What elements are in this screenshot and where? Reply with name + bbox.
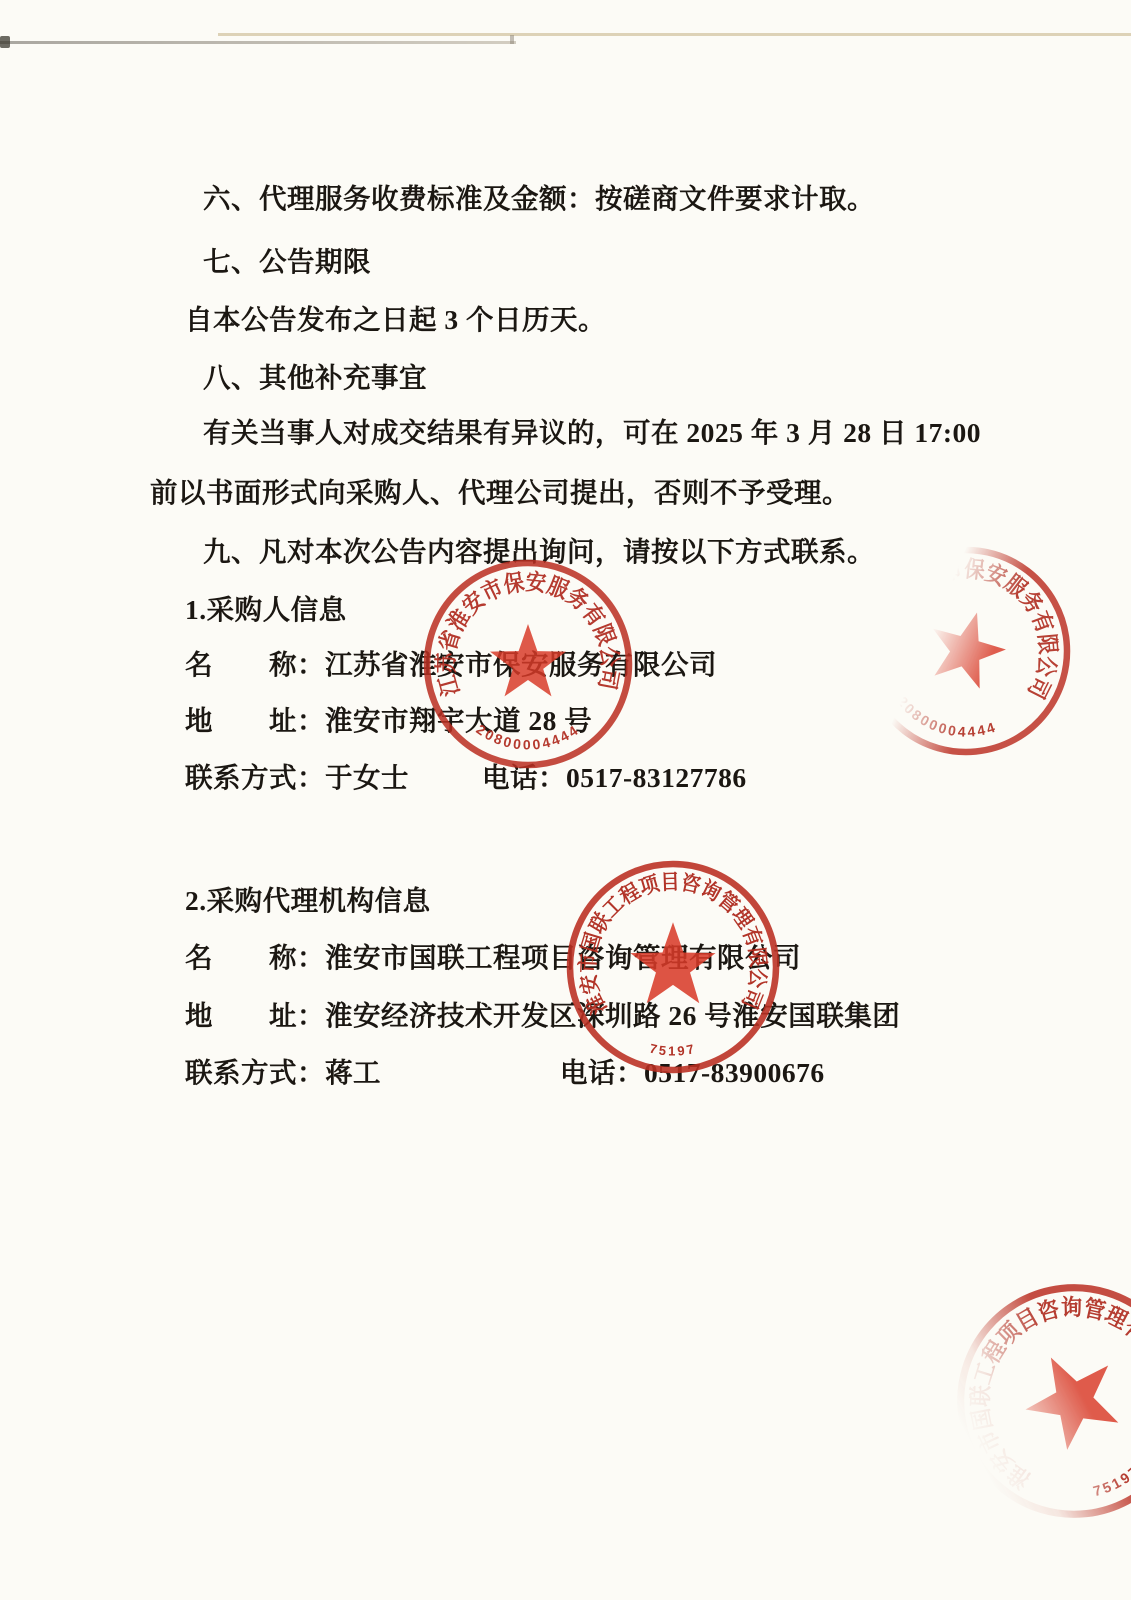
scan-artifact-line xyxy=(218,33,1131,36)
section-7-heading: 七、公告期限 xyxy=(203,245,371,278)
objection-text-1: 有关当事人对成交结果有异议的，可在 2025 年 3 月 28 日 17:00 xyxy=(203,416,981,449)
section-9-heading: 九、凡对本次公告内容提出询问，请按以下方式联系。 xyxy=(203,535,875,568)
section-8-heading: 八、其他补充事宜 xyxy=(203,361,427,394)
agency-address: 地 址：淮安经济技术开发区深圳路 26 号淮安国联集团 xyxy=(185,999,900,1032)
scan-artifact-mark xyxy=(510,35,514,44)
buyer-address: 地 址：淮安市翔宇大道 28 号 xyxy=(185,704,592,737)
objection-text-2: 前以书面形式向采购人、代理公司提出，否则不予受理。 xyxy=(150,476,850,509)
svg-text:75197: 75197 xyxy=(1088,1461,1131,1504)
scan-artifact-line xyxy=(0,41,516,44)
agency-official-seal-partial: 淮安市国联工程项目咨询管理有限公司75197 xyxy=(901,1228,1131,1573)
agency-name: 名 称：淮安市国联工程项目咨询管理有限公司 xyxy=(185,941,801,974)
scan-artifact-mark xyxy=(0,36,10,48)
buyer-phone: 电话：0517-83127786 xyxy=(482,761,747,794)
agency-contact-person: 联系方式：蒋工 xyxy=(185,1057,381,1088)
buyer-contact: 联系方式：于女士 电话：0517-83127786 xyxy=(185,761,409,794)
section-6-heading: 六、代理服务收费标准及金额：按磋商文件要求计取。 xyxy=(203,182,875,215)
notice-period-text: 自本公告发布之日起 3 个日历天。 xyxy=(185,303,606,336)
svg-text:淮安市国联工程项目咨询管理有限公司: 淮安市国联工程项目咨询管理有限公司 xyxy=(929,1256,1131,1501)
agency-phone: 电话：0517-83900676 xyxy=(560,1056,825,1089)
svg-text:江苏省淮安市保安服务有限公司: 江苏省淮安市保安服务有限公司 xyxy=(865,533,1083,710)
agency-contact: 联系方式：蒋工 电话：0517-83900676 xyxy=(185,1056,381,1089)
buyer-contact-person: 联系方式：于女士 xyxy=(185,762,409,793)
document-page: 六、代理服务收费标准及金额：按磋商文件要求计取。 七、公告期限 自本公告发布之日… xyxy=(0,0,1131,1600)
buyer-info-heading: 1.采购人信息 xyxy=(185,593,347,626)
agency-info-heading: 2.采购代理机构信息 xyxy=(185,884,431,917)
svg-text:3208000044441: 3208000044441 xyxy=(889,623,1022,751)
buyer-name: 名 称：江苏省淮安市保安服务有限公司 xyxy=(185,648,717,681)
